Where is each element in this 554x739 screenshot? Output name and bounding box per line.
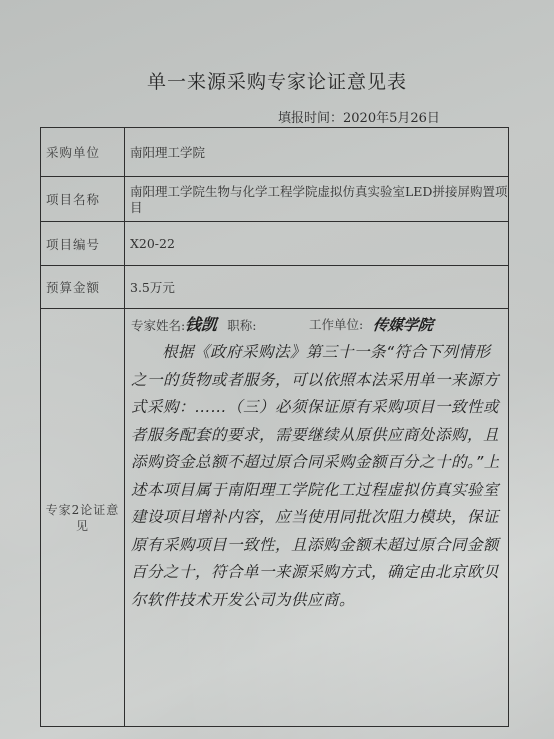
table-row-expert-opinion: 专家2论证意见 专家姓名:钱凯职称: 工作单位: 传媒学院 根据《政府采购法》第… — [41, 309, 509, 727]
purchasing-unit-value: 南阳理工学院 — [125, 128, 509, 177]
budget-value: 3.5万元 — [125, 266, 509, 309]
expert-name-label: 专家姓名: — [131, 318, 185, 333]
expert-title-label: 职称: — [227, 318, 256, 333]
table-row-purchasing-unit: 采购单位 南阳理工学院 — [41, 128, 509, 177]
work-unit-value: 传媒学院 — [372, 314, 434, 336]
expert-info-line: 专家姓名:钱凯职称: 工作单位: 传媒学院 — [131, 314, 511, 336]
project-number-value: X20-22 — [125, 222, 509, 266]
fill-date: 填报时间：2020年5月26日 — [278, 107, 440, 126]
budget-label: 预算金额 — [41, 266, 125, 309]
document-title: 单一来源采购专家论证意见表 — [0, 67, 554, 94]
project-name-value: 南阳理工学院生物与化学工程学院虚拟仿真实验室LED拼接屏购置项目 — [125, 177, 509, 222]
purchasing-unit-label: 采购单位 — [41, 128, 125, 177]
expert-name-signature: 钱凯 — [184, 314, 218, 336]
opinion-form-table: 采购单位 南阳理工学院 项目名称 南阳理工学院生物与化学工程学院虚拟仿真实验室L… — [40, 127, 509, 727]
project-number-label: 项目编号 — [41, 222, 125, 266]
work-unit-label: 工作单位: — [309, 314, 363, 336]
handwritten-opinion: 根据《政府采购法》第三十一条“符合下列情形之一的货物或者服务，可以依照本法采用单… — [131, 339, 501, 614]
table-row-budget: 预算金额 3.5万元 — [41, 266, 509, 309]
expert-opinion-label: 专家2论证意见 — [41, 309, 125, 727]
table-row-project-name: 项目名称 南阳理工学院生物与化学工程学院虚拟仿真实验室LED拼接屏购置项目 — [41, 177, 509, 222]
expert-opinion-cell: 专家姓名:钱凯职称: 工作单位: 传媒学院 根据《政府采购法》第三十一条“符合下… — [125, 309, 509, 727]
fill-date-label: 填报时间： — [278, 111, 343, 126]
project-name-label: 项目名称 — [41, 177, 125, 222]
table-row-project-number: 项目编号 X20-22 — [41, 222, 509, 266]
fill-date-value: 2020年5月26日 — [343, 111, 440, 126]
